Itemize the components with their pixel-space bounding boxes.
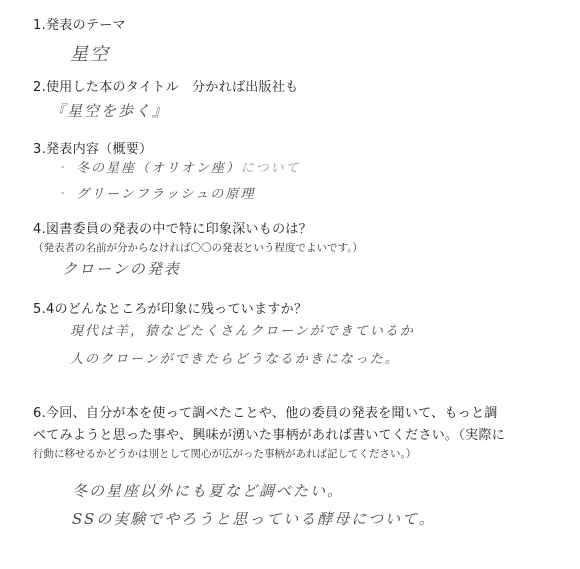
answer-text: 冬の星座（オリオン座） bbox=[76, 161, 241, 176]
question-6-answer-2: SSの実験でやろうと思っている酵母について。 bbox=[72, 508, 436, 529]
question-6-label-line-1: 6.今回、自分が本を使って調べたことや、他の委員の発表を聞いて、もっと調 bbox=[33, 402, 498, 421]
question-5-answer-1: 現代は羊，猿などたくさんクローンができているか bbox=[70, 320, 415, 339]
answer-text: グリーンフラッシュの原理 bbox=[76, 187, 255, 202]
question-1-answer: 星空 bbox=[70, 40, 110, 66]
question-3-label: 3.発表内容（概要） bbox=[33, 138, 152, 157]
question-2-label: 2.使用した本のタイトル 分かれば出版社も bbox=[33, 76, 298, 95]
question-3-answer-1: ・冬の星座（オリオン座）について bbox=[55, 157, 301, 176]
question-5-answer-2: 人のクローンができたらどうなるかきになった。 bbox=[70, 348, 400, 367]
question-4-answer: クローンの発表 bbox=[62, 258, 181, 279]
question-4-note: （発表者の名前が分からなければ〇〇の発表という程度でよいです。） bbox=[33, 240, 363, 255]
question-2-answer: 『星空を歩く』 bbox=[50, 100, 169, 121]
answer-faint-suffix: について bbox=[241, 161, 301, 176]
question-5-label: 5.4のどんなところが印象に残っていますか？ bbox=[33, 298, 307, 317]
bullet-dot: ・ bbox=[55, 161, 70, 176]
question-6-answer-1: 冬の星座以外にも夏など調べたい。 bbox=[72, 480, 344, 501]
question-4-label: 4.図書委員の発表の中で特に印象深いものは？ bbox=[33, 218, 312, 237]
bullet-dot: ・ bbox=[55, 187, 70, 202]
question-3-answer-2: ・グリーンフラッシュの原理 bbox=[55, 183, 255, 202]
question-6-note: 行動に移せるかどうかは別として関心が広がった事柄があれば記してください。） bbox=[33, 446, 416, 461]
question-6-label-line-2: べてみようと思った事や、興味が湧いた事柄があれば書いてください。（実際に bbox=[33, 424, 505, 443]
question-1-label: 1.発表のテーマ bbox=[33, 14, 126, 33]
